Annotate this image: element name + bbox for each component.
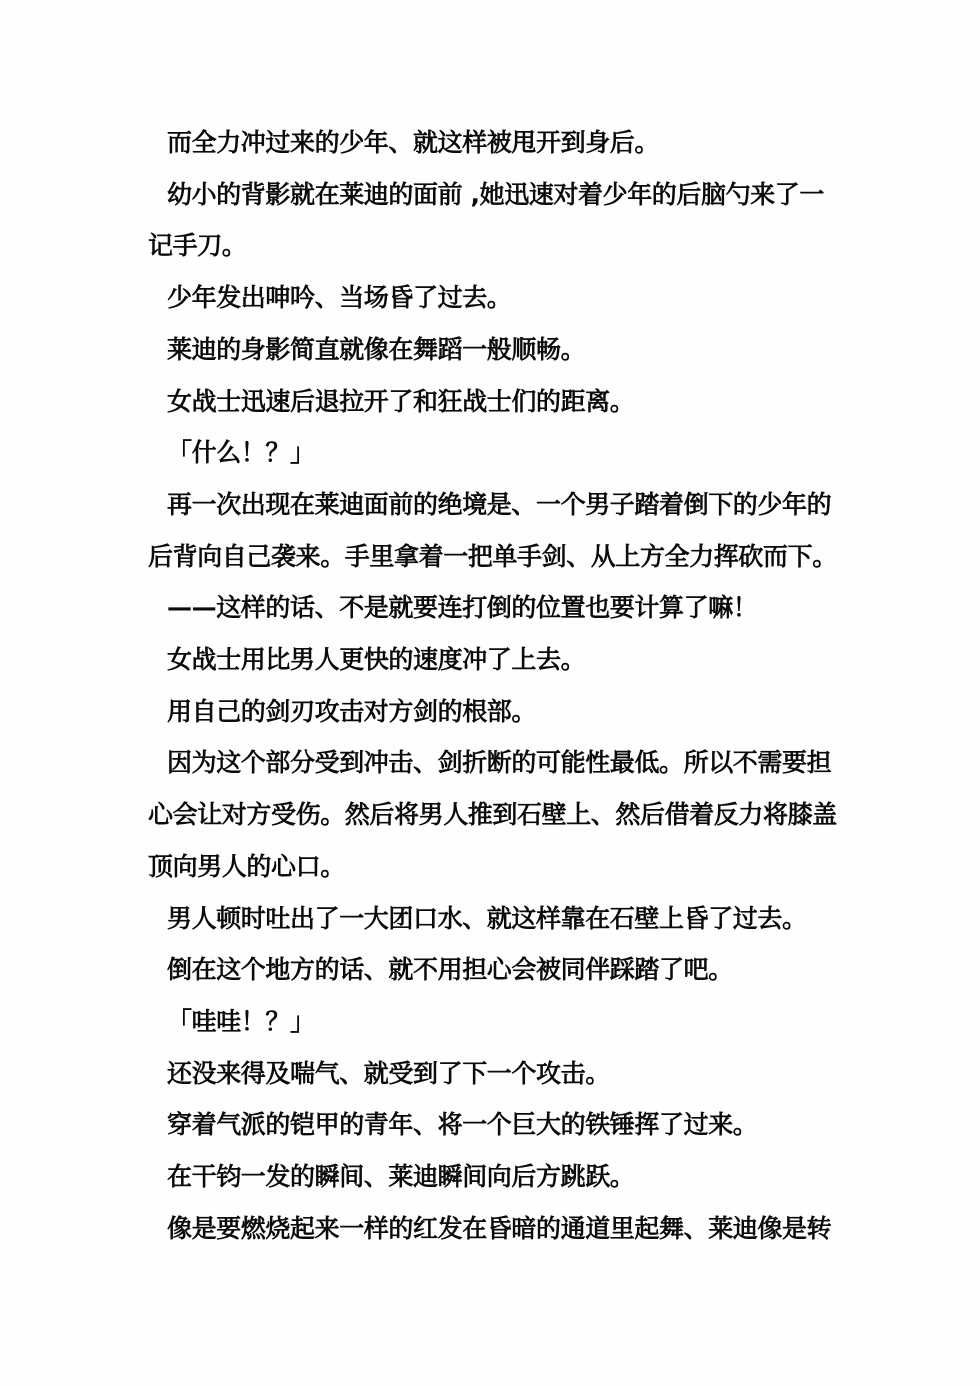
text-line: 再一次出现在莱迪面前的绝境是、一个男子踏着倒下的少年的 <box>148 479 842 531</box>
text-line: 因为这个部分受到冲击、剑折断的可能性最低。所以不需要担 <box>148 737 842 789</box>
text-line: 女战士用比男人更快的速度冲了上去。 <box>148 634 842 686</box>
text-line: 倒在这个地方的话、就不用担心会被同伴踩踏了吧。 <box>148 944 842 996</box>
text-line: 后背向自己袭来。手里拿着一把单手剑、从上方全力挥砍而下。 <box>148 531 842 583</box>
text-line: 像是要燃烧起来一样的红发在昏暗的通道里起舞、莱迪像是转 <box>148 1203 842 1255</box>
dialogue-line: 「什么！？」 <box>148 427 842 479</box>
text-line: 记手刀。 <box>148 220 842 272</box>
text-line: ——这样的话、不是就要连打倒的位置也要计算了嘛！ <box>148 582 842 634</box>
text-line: 顶向男人的心口。 <box>148 841 842 893</box>
text-line: 幼小的背影就在莱迪的面前 ,她迅速对着少年的后脑勺来了一 <box>148 169 842 221</box>
text-line: 女战士迅速后退拉开了和狂战士们的距离。 <box>148 376 842 428</box>
text-line: 穿着气派的铠甲的青年、将一个巨大的铁锤挥了过来。 <box>148 1099 842 1151</box>
text-line: 少年发出呻吟、当场昏了过去。 <box>148 272 842 324</box>
text-line: 男人顿时吐出了一大团口水、就这样靠在石壁上昏了过去。 <box>148 893 842 945</box>
text-line: 用自己的剑刃攻击对方剑的根部。 <box>148 686 842 738</box>
dialogue-line: 「哇哇！？」 <box>148 996 842 1048</box>
text-line: 心会让对方受伤。然后将男人推到石壁上、然后借着反力将膝盖 <box>148 789 842 841</box>
text-line: 而全力冲过来的少年、就这样被甩开到身后。 <box>148 117 842 169</box>
text-line: 莱迪的身影简直就像在舞蹈一般顺畅。 <box>148 324 842 376</box>
text-line: 在干钧一发的瞬间、莱迪瞬间向后方跳跃。 <box>148 1151 842 1203</box>
text-line: 还没来得及喘气、就受到了下一个攻击。 <box>148 1048 842 1100</box>
document-page: 而全力冲过来的少年、就这样被甩开到身后。 幼小的背影就在莱迪的面前 ,她迅速对着… <box>0 0 980 1386</box>
